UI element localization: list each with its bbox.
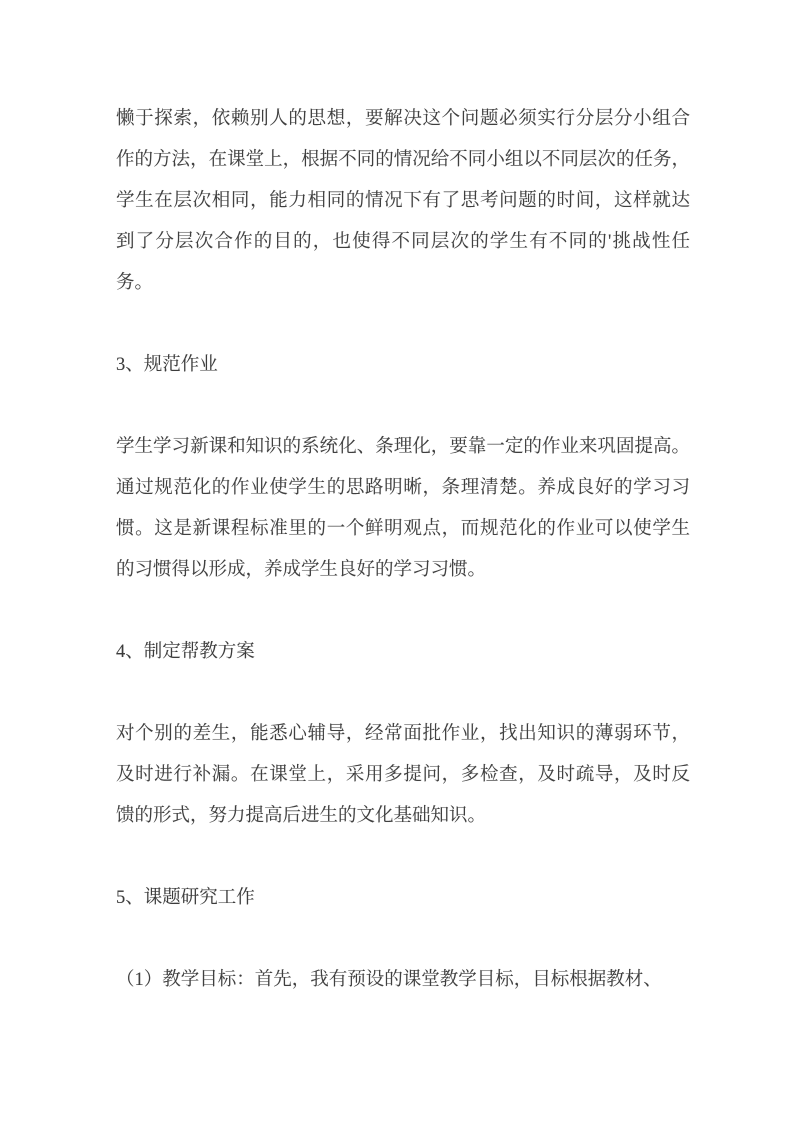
paragraph-line: 懒于探索，依赖别人的思想，要解决这个问题必须实行分层分小组合: [116, 99, 690, 140]
section-heading-4: 4、制定帮教方案: [116, 632, 690, 673]
paragraph-line: 惯。这是新课程标准里的一个鲜明观点，而规范化的作业可以使学生: [116, 509, 690, 550]
paragraph-tutoring-plan: 对个别的差生，能悉心辅导，经常面批作业，找出知识的薄弱环节，及时进行补漏。在课堂…: [116, 714, 690, 837]
paragraph-line: 通过规范化的作业使学生的思路明晰，条理清楚。养成良好的学习习: [116, 468, 690, 509]
paragraph-teaching-goals: （1）教学目标：首先，我有预设的课堂教学目标，目标根据教材、: [116, 960, 690, 1001]
paragraph-line: 学生学习新课和知识的系统化、条理化，要靠一定的作业来巩固提高。: [116, 427, 690, 468]
document-page: 懒于探索，依赖别人的思想，要解决这个问题必须实行分层分小组合作的方法，在课堂上，…: [0, 0, 793, 1122]
section-heading-3: 3、规范作业: [116, 345, 690, 386]
paragraph-line: 务。: [116, 263, 690, 304]
paragraph-line: 对个别的差生，能悉心辅导，经常面批作业，找出知识的薄弱环节，: [116, 714, 690, 755]
paragraph-line: 作的方法，在课堂上，根据不同的情况给不同小组以不同层次的任务，: [116, 140, 690, 181]
paragraph-grouping-continuation: 懒于探索，依赖别人的思想，要解决这个问题必须实行分层分小组合作的方法，在课堂上，…: [116, 99, 690, 304]
document-body: 懒于探索，依赖别人的思想，要解决这个问题必须实行分层分小组合作的方法，在课堂上，…: [116, 99, 690, 1001]
heading-text: 3、规范作业: [116, 345, 690, 386]
paragraph-line: 的习惯得以形成，养成学生良好的学习习惯。: [116, 550, 690, 591]
paragraph-line: 馈的形式，努力提高后进生的文化基础知识。: [116, 796, 690, 837]
paragraph-line: （1）教学目标：首先，我有预设的课堂教学目标，目标根据教材、: [116, 960, 690, 1001]
heading-text: 4、制定帮教方案: [116, 632, 690, 673]
heading-text: 5、课题研究工作: [116, 878, 690, 919]
paragraph-standardized-homework: 学生学习新课和知识的系统化、条理化，要靠一定的作业来巩固提高。通过规范化的作业使…: [116, 427, 690, 591]
paragraph-line: 及时进行补漏。在课堂上，采用多提问，多检查，及时疏导，及时反: [116, 755, 690, 796]
paragraph-line: 到了分层次合作的目的，也使得不同层次的学生有不同的'挑战性任: [116, 222, 690, 263]
paragraph-line: 学生在层次相同，能力相同的情况下有了思考问题的时间，这样就达: [116, 181, 690, 222]
section-heading-5: 5、课题研究工作: [116, 878, 690, 919]
